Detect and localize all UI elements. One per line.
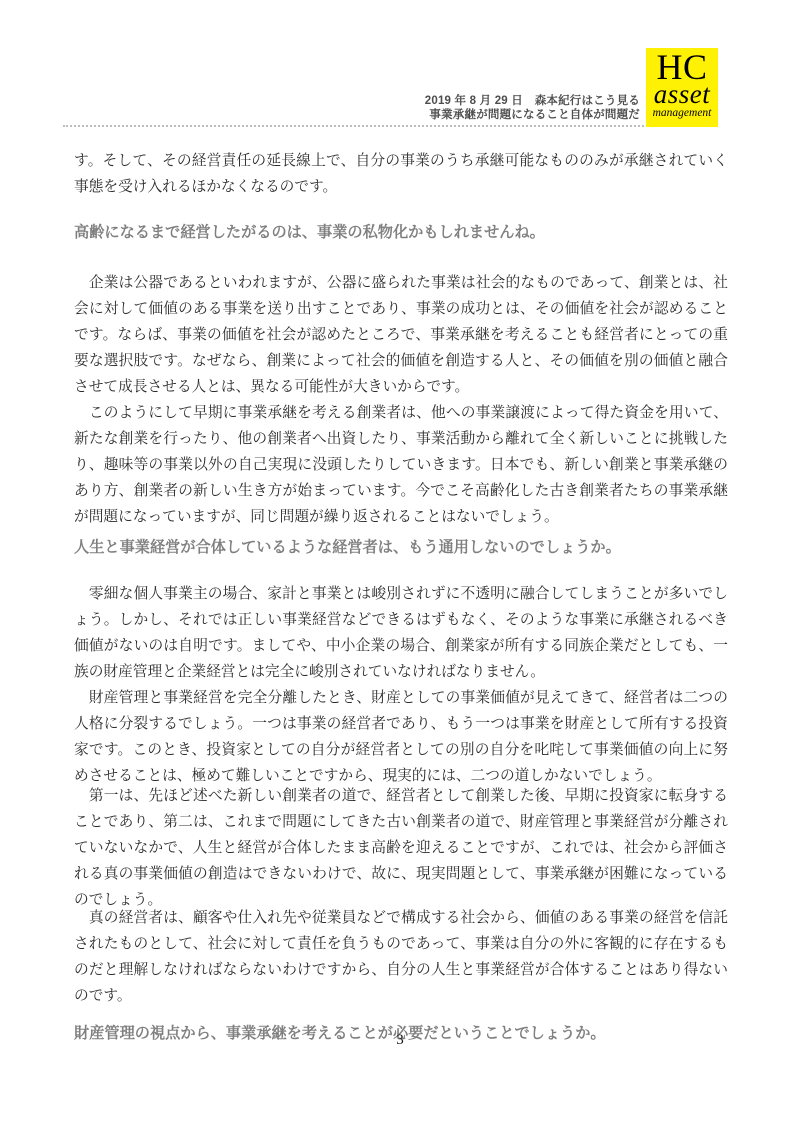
- header-article-title: 事業承継が問題になること自体が問題だ: [425, 109, 640, 123]
- paragraph-continuation: す。そして、その経営責任の延長線上で、自分の事業のうち承継可能なもののみが承継さ…: [74, 148, 728, 200]
- paragraph: 企業は公器であるといわれますが、公器に盛られた事業は社会的なものであって、創業と…: [74, 270, 728, 400]
- paragraph: 零細な個人事業主の場合、家計と事業とは峻別されずに不透明に融合してしまうことが多…: [74, 581, 728, 685]
- article-body: す。そして、その経営責任の延長線上で、自分の事業のうち承継可能なもののみが承継さ…: [74, 148, 728, 1047]
- paragraph: 真の経営者は、顧客や仕入れ先や従業員などで構成する社会から、価値のある事業の経営…: [74, 905, 728, 1009]
- header-divider-dotted-line: [63, 125, 695, 127]
- paragraph: 財産管理と事業経営を完全分離したとき、財産としての事業価値が見えてきて、経営者は…: [74, 685, 728, 789]
- logo-text-management: management: [646, 107, 718, 120]
- document-page: 2019 年 8 月 29 日 森本紀行はこう見る 事業承継が問題になること自体…: [0, 0, 800, 1132]
- section-heading-life-and-management: 人生と事業経営が合体しているような経営者は、もう通用しないのでしょうか。: [74, 535, 728, 561]
- section-heading-privatization: 高齢になるまで経営したがるのは、事業の私物化かもしれませんね。: [74, 220, 728, 246]
- paragraph: 第一は、先ほど述べた新しい創業者の道で、経営者として創業した後、早期に投資家に転…: [74, 783, 728, 913]
- logo-text-asset: asset: [646, 84, 718, 105]
- hc-asset-management-logo: HC asset management: [646, 48, 718, 127]
- paragraph: このようにして早期に事業承継を考える創業者は、他への事業譲渡によって得た資金を用…: [74, 400, 728, 530]
- page-header: 2019 年 8 月 29 日 森本紀行はこう見る 事業承継が問題になること自体…: [425, 95, 640, 122]
- header-date-line: 2019 年 8 月 29 日 森本紀行はこう見る: [425, 95, 640, 109]
- page-number: 3: [0, 1032, 800, 1049]
